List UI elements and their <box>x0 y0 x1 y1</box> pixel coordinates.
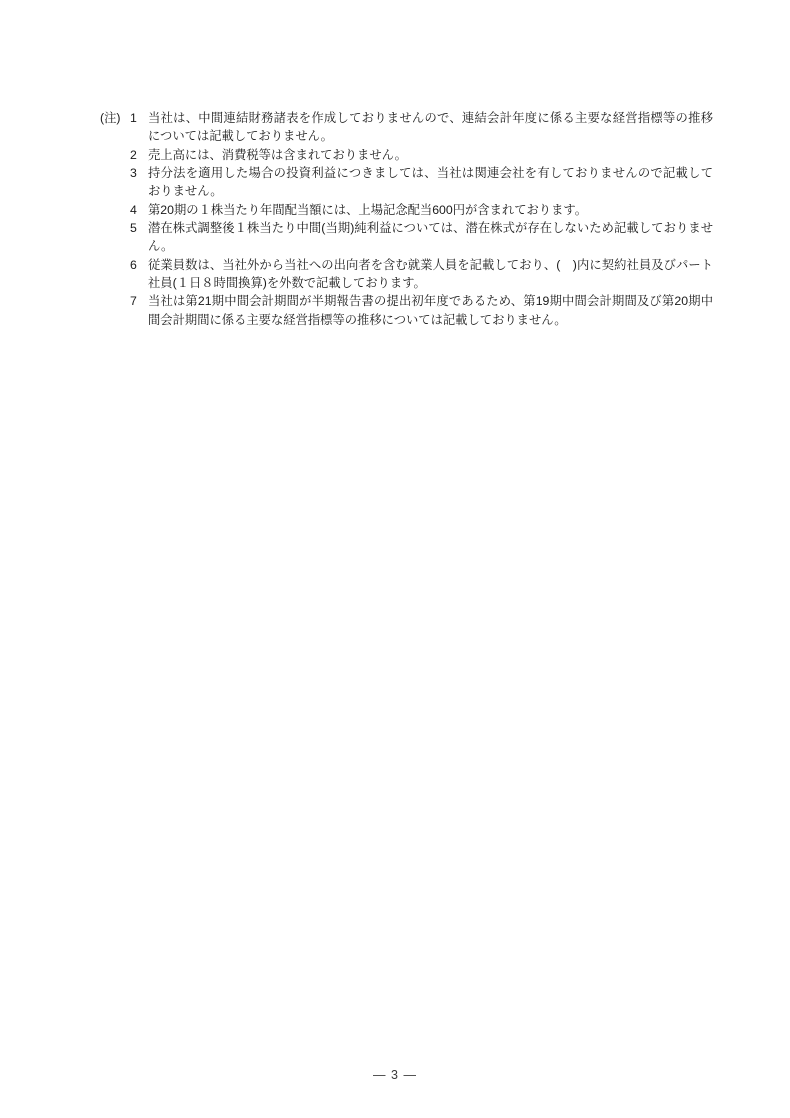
note-item: 4 第20期の１株当たり年間配当額には、上場記念配当600円が含まれております。 <box>130 201 713 219</box>
note-item: 6 従業員数は、当社外から当社への出向者を含む就業人員を記載しており、( )内に… <box>130 256 713 293</box>
document-page: (注) 1 当社は、中間連結財務諸表を作成しておりませんので、連結会計年度に係る… <box>0 0 790 1118</box>
notes-label: (注) <box>100 109 130 127</box>
note-text: 潜在株式調整後１株当たり中間(当期)純利益については、潜在株式が存在しないため記… <box>148 219 713 256</box>
note-text: 当社は、中間連結財務諸表を作成しておりませんので、連結会計年度に係る主要な経営指… <box>148 109 713 146</box>
note-item: 1 当社は、中間連結財務諸表を作成しておりませんので、連結会計年度に係る主要な経… <box>130 109 713 146</box>
note-number: 1 <box>130 109 148 127</box>
note-text: 従業員数は、当社外から当社への出向者を含む就業人員を記載しており、( )内に契約… <box>148 256 713 293</box>
note-number: 2 <box>130 146 148 164</box>
note-number: 3 <box>130 164 148 182</box>
note-item: 3 持分法を適用した場合の投資利益につきましては、当社は関連会社を有しておりませ… <box>130 164 713 201</box>
note-item: 5 潜在株式調整後１株当たり中間(当期)純利益については、潜在株式が存在しないた… <box>130 219 713 256</box>
page-number: ― 3 ― <box>0 1066 790 1084</box>
note-number: 6 <box>130 256 148 274</box>
note-text: 持分法を適用した場合の投資利益につきましては、当社は関連会社を有しておりませんの… <box>148 164 713 201</box>
note-text: 第20期の１株当たり年間配当額には、上場記念配当600円が含まれております。 <box>148 201 713 219</box>
note-text: 売上高には、消費税等は含まれておりません。 <box>148 146 713 164</box>
note-number: 5 <box>130 219 148 237</box>
note-number: 7 <box>130 292 148 310</box>
note-item: 2 売上高には、消費税等は含まれておりません。 <box>130 146 713 164</box>
note-item: 7 当社は第21期中間会計期間が半期報告書の提出初年度であるため、第19期中間会… <box>130 292 713 329</box>
note-text: 当社は第21期中間会計期間が半期報告書の提出初年度であるため、第19期中間会計期… <box>148 292 713 329</box>
notes-list: 1 当社は、中間連結財務諸表を作成しておりませんので、連結会計年度に係る主要な経… <box>130 109 713 329</box>
note-number: 4 <box>130 201 148 219</box>
notes-block: (注) 1 当社は、中間連結財務諸表を作成しておりませんので、連結会計年度に係る… <box>100 109 713 329</box>
